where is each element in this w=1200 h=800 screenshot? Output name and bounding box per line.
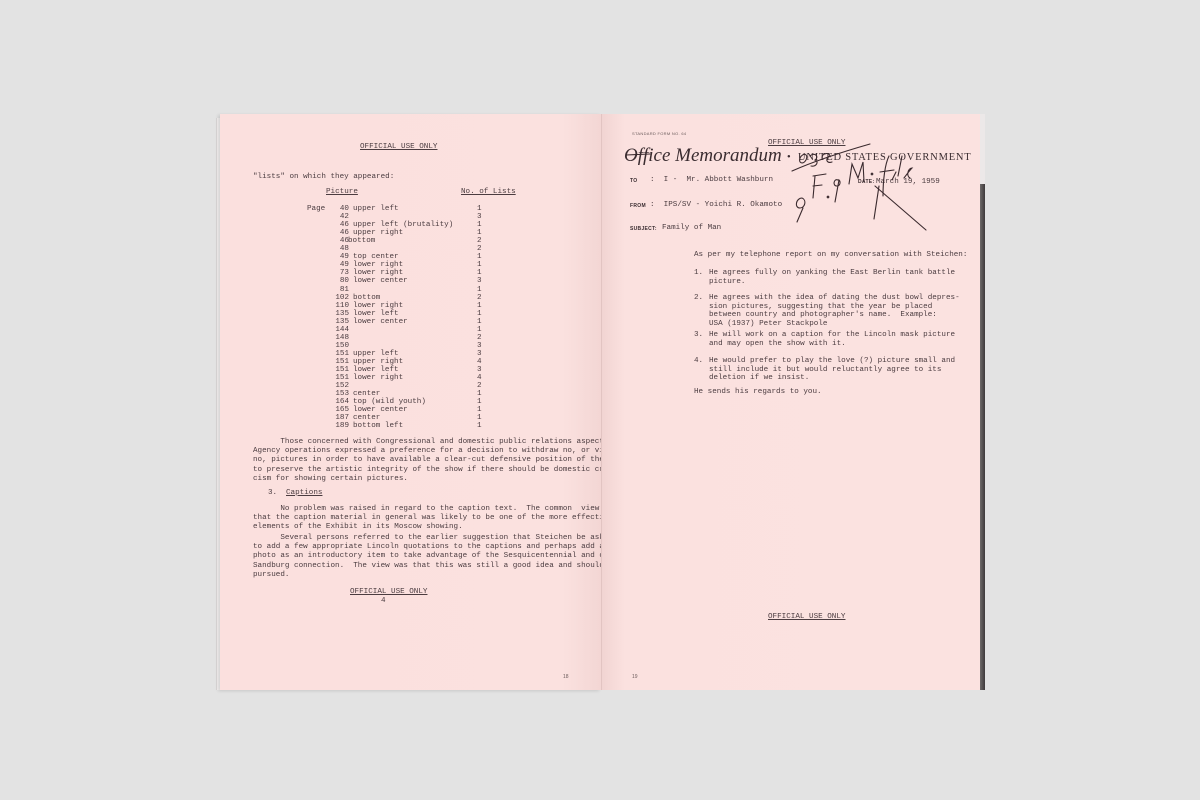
open-booklet: OFFICIAL USE ONLY "lists" on which they …: [0, 0, 1200, 800]
left-page-number: 18: [563, 674, 569, 680]
footer-page-mark: 4: [381, 597, 386, 606]
paragraph-line: photo as an introductory item to take ad…: [253, 552, 627, 562]
memo-closing: He sends his regards to you.: [694, 388, 822, 397]
row-position: bottom left: [353, 422, 403, 431]
memo-item-line: He agrees fully on yanking the East Berl…: [709, 269, 955, 278]
paragraph-line: cism for showing certain pictures.: [253, 475, 408, 485]
paragraph-line: No problem was raised in regard to the c…: [253, 505, 618, 515]
lists-intro: "lists" on which they appeared:: [253, 173, 394, 182]
left-page: OFFICIAL USE ONLY "lists" on which they …: [220, 114, 601, 690]
memo-item-number: 3.: [694, 331, 703, 340]
paragraph-line: pursued.: [253, 571, 289, 581]
left-header-official-use: OFFICIAL USE ONLY: [360, 143, 437, 152]
left-footer-official-use: OFFICIAL USE ONLY: [350, 588, 427, 597]
right-page-edge: [980, 114, 985, 690]
row-page-number: 189: [333, 422, 349, 431]
memo-item-number: 2.: [694, 294, 703, 303]
right-footer-official-use: OFFICIAL USE ONLY: [768, 613, 845, 622]
paragraph-line: Those concerned with Congressional and d…: [253, 438, 622, 448]
handwritten-annotation-icon: [602, 114, 980, 254]
table-row: 189bottom left1: [220, 422, 601, 431]
paragraph-line: to add a few appropriate Lincoln quotati…: [253, 543, 640, 553]
memo-item-line: picture.: [709, 278, 745, 287]
memo-item-line: and may open the show with it.: [709, 340, 846, 349]
memo-item-number: 1.: [694, 269, 703, 278]
paragraph-line: Agency operations expressed a preference…: [253, 447, 636, 457]
paragraph-line: that the caption material in general was…: [253, 514, 613, 524]
memo-item-line: USA (1937) Peter Stackpole: [709, 320, 827, 329]
section-number: 3.: [268, 489, 277, 498]
paragraph-line: no, pictures in order to have available …: [253, 456, 627, 466]
row-list-count: 1: [477, 422, 482, 431]
paragraph-line: Several persons referred to the earlier …: [253, 534, 613, 544]
memo-item-line: deletion if we insist.: [709, 374, 809, 383]
right-page-edge-top: [980, 114, 985, 184]
paragraph-line: to preserve the artistic integrity of th…: [253, 466, 622, 476]
paragraph-line: Sandburg connection. The view was that t…: [253, 562, 618, 572]
memo-item-number: 4.: [694, 357, 703, 366]
right-page-number: 19: [632, 674, 638, 680]
section-title-captions: Captions: [286, 489, 322, 498]
paragraph-line: elements of the Exhibit in its Moscow sh…: [253, 523, 463, 533]
column-header-picture: Picture: [326, 188, 358, 197]
right-page: STANDARD FORM NO. 64 OFFICIAL USE ONLY O…: [602, 114, 980, 690]
column-header-lists: No. of Lists: [461, 188, 516, 197]
